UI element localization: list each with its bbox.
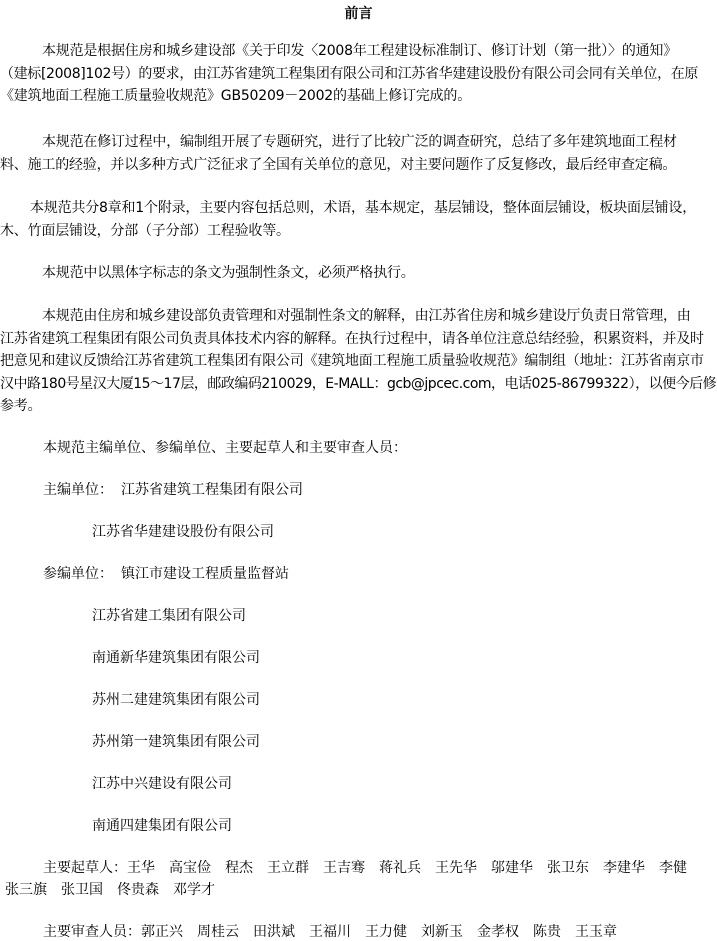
participating-unit: 镇江市建设工程质量监督站: [121, 564, 289, 584]
drafters-row: 主要起草人：王华 高宝俭 程杰 王立群 王吉骞 蒋礼兵 王先华 邬建华 张卫东 …: [43, 858, 687, 878]
participating-unit: 南通四建集团有限公司: [92, 816, 232, 836]
paragraph-line: 参考。: [0, 395, 714, 418]
paragraph-basis: 本规范是根据住房和城乡建设部《关于印发〈2008年工程建设标准制订、修订计划（第…: [0, 40, 714, 108]
document-page: 前言 本规范是根据住房和城乡建设部《关于印发〈2008年工程建设标准制订、修订计…: [0, 0, 717, 941]
chief-unit: 江苏省建筑工程集团有限公司: [121, 480, 303, 500]
paragraph-line: 本规范是根据住房和城乡建设部《关于印发〈2008年工程建设标准制订、修订计划（第…: [0, 40, 714, 63]
paragraph-line: 《建筑地面工程施工质量验收规范》GB50209－2002的基础上修订完成的。: [0, 85, 714, 108]
paragraph-line: 本规范中以黑体字标志的条文为强制性条文，必须严格执行。: [0, 262, 714, 285]
paragraph-line: 料、施工的经验，并以多种方式广泛征求了全国有关单位的意见，对主要问题作了反复修改…: [0, 154, 714, 177]
paragraph-line: 本规范在修订过程中，编制组开展了专题研究，进行了比较广泛的调查研究，总结了多年建…: [0, 131, 714, 154]
paragraph-line: 汉中路180号星汉大厦15～17层，邮政编码210029，E-MALL：gcb@…: [0, 373, 714, 396]
reviewers-names: 郭正兴 周桂云 田洪斌 王福川 王力健 刘新玉 金孝权 陈贵 王玉章: [141, 924, 617, 940]
reviewers-label: 主要审查人员：: [43, 924, 141, 940]
chief-units-label: 主编单位：: [43, 480, 113, 500]
participating-units-label: 参编单位：: [43, 564, 113, 584]
participating-unit: 苏州二建建筑集团有限公司: [92, 690, 260, 710]
personnel-intro: 本规范主编单位、参编单位、主要起草人和主要审查人员：: [43, 438, 407, 458]
drafters-names: 王华 高宝俭 程杰 王立群 王吉骞 蒋礼兵 王先华 邬建华 张卫东 李建华 李健: [127, 860, 687, 876]
paragraph-line: 本规范共分8章和1个附录，主要内容包括总则，术语，基本规定，基层铺设，整体面层铺…: [0, 197, 714, 220]
participating-unit: 南通新华建筑集团有限公司: [92, 648, 260, 668]
reviewers-row: 主要审查人员：郭正兴 周桂云 田洪斌 王福川 王力健 刘新玉 金孝权 陈贵 王玉…: [43, 922, 617, 941]
drafters-names-continued: 张三旗 张卫国 佟贵森 邓学才: [5, 880, 215, 900]
paragraph-line: 木、竹面层铺设，分部（子分部）工程验收等。: [0, 220, 714, 243]
paragraph-line: 江苏省建筑工程集团有限公司负责具体技术内容的解释。在执行过程中，请各单位注意总结…: [0, 328, 714, 351]
participating-unit: 江苏中兴建设有限公司: [92, 774, 232, 794]
paragraph-contents: 本规范共分8章和1个附录，主要内容包括总则，术语，基本规定，基层铺设，整体面层铺…: [0, 197, 714, 242]
participating-unit: 江苏省建工集团有限公司: [92, 606, 246, 626]
paragraph-management: 本规范由住房和城乡建设部负责管理和对强制性条文的解释，由江苏省住房和城乡建设厅负…: [0, 305, 714, 418]
page-title: 前言: [0, 4, 717, 24]
drafters-label: 主要起草人：: [43, 860, 127, 876]
paragraph-mandatory-clauses: 本规范中以黑体字标志的条文为强制性条文，必须严格执行。: [0, 262, 714, 285]
participating-unit: 苏州第一建筑集团有限公司: [92, 732, 260, 752]
paragraph-revision-process: 本规范在修订过程中，编制组开展了专题研究，进行了比较广泛的调查研究，总结了多年建…: [0, 131, 714, 176]
paragraph-line: （建标[2008]102号）的要求，由江苏省建筑工程集团有限公司和江苏省华建建设…: [0, 63, 714, 86]
paragraph-line: 本规范由住房和城乡建设部负责管理和对强制性条文的解释，由江苏省住房和城乡建设厅负…: [0, 305, 714, 328]
paragraph-line: 把意见和建议反馈给江苏省建筑工程集团有限公司《建筑地面工程施工质量验收规范》编制…: [0, 350, 714, 373]
chief-unit: 江苏省华建建设股份有限公司: [92, 522, 274, 542]
